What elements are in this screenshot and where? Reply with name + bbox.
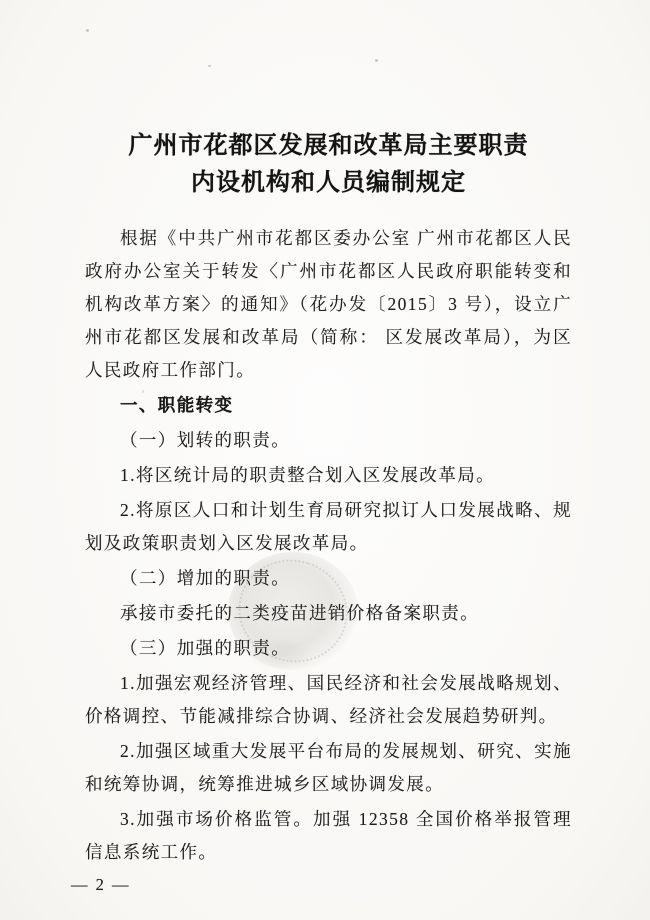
document-paragraph: （三）加强的职责。: [85, 632, 572, 665]
scan-speck: [208, 65, 211, 67]
document-paragraph: 根据《中共广州市花都区委办公室 广州市花都区人民政府办公室关于转发〈广州市花都区…: [85, 222, 572, 387]
document-paragraph: 2.将原区人口和计划生育局研究拟订人口发展战略、规划及政策职责划入区发展改革局。: [85, 494, 572, 560]
document-paragraph: （二）增加的职责。: [85, 562, 572, 595]
page-number: — 2 —: [71, 875, 572, 895]
document-paragraph: 一、职能转变: [85, 389, 572, 422]
document-paragraph: 3.加强市场价格监管。加强 12358 全国价格举报管理信息系统工作。: [85, 803, 572, 869]
document-body: 广州市花都区发展和改革局主要职责 内设机构和人员编制规定 根据《中共广州市花都区…: [85, 128, 572, 895]
scan-speck: [86, 29, 89, 32]
document-paragraph: 1.加强宏观经济管理、国民经济和社会发展战略规划、价格调控、节能减排综合协调、经…: [85, 667, 572, 733]
document-paragraph: 1.将区统计局的职责整合划入区发展改革局。: [85, 459, 572, 492]
document-title-line2: 内设机构和人员编制规定: [191, 170, 466, 196]
document-paragraphs: 根据《中共广州市花都区委办公室 广州市花都区人民政府办公室关于转发〈广州市花都区…: [85, 222, 572, 869]
scan-speck: [375, 59, 378, 62]
document-paragraph: 承接市委托的二类疫苗进销价格备案职责。: [85, 597, 572, 630]
document-paragraph: （一）划转的职责。: [85, 424, 572, 457]
document-title: 广州市花都区发展和改革局主要职责 内设机构和人员编制规定: [85, 128, 572, 202]
document-title-line1: 广州市花都区发展和改革局主要职责: [129, 133, 529, 159]
scanned-document-page: { "colors": { "paper": "#fbfaf8", "ink":…: [0, 0, 650, 920]
document-paragraph: 2.加强区域重大发展平台布局的发展规划、研究、实施和统筹协调，统筹推进城乡区域协…: [85, 735, 572, 801]
